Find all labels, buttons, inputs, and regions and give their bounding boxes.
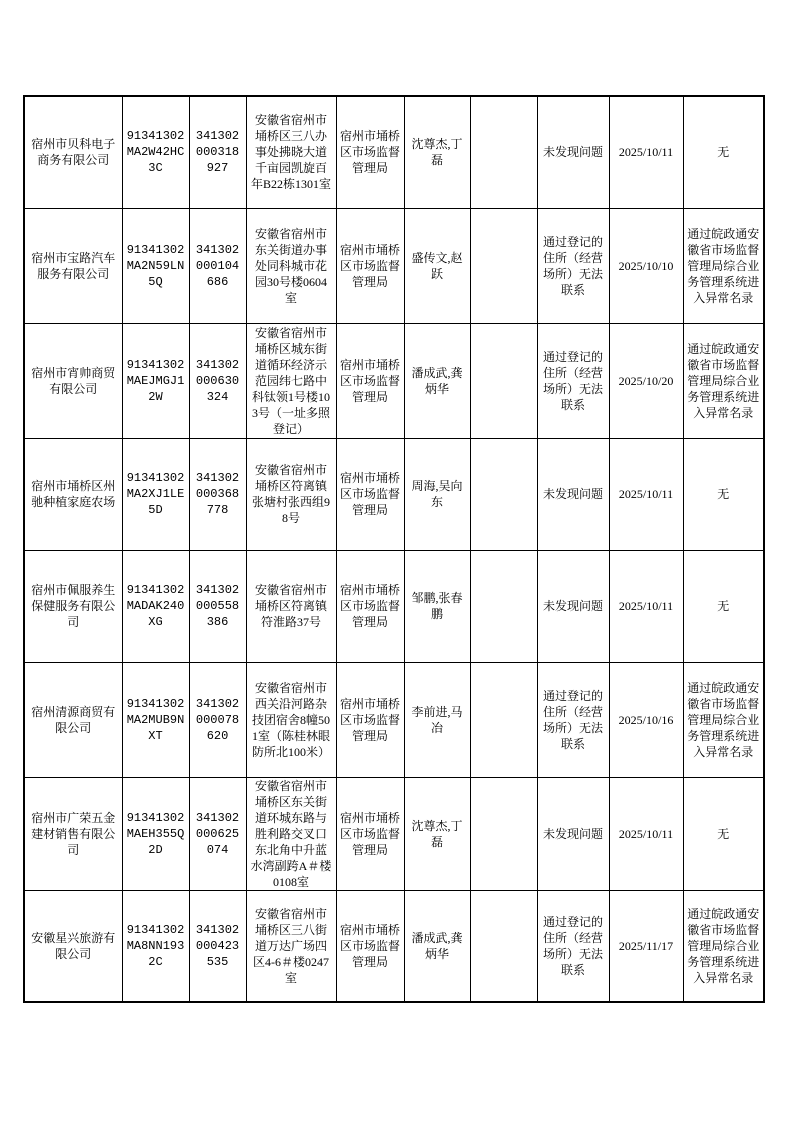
cell-authority: 宿州市埇桥区市场监督管理局 — [336, 890, 404, 1002]
cell-remark: 通过皖政通安徽省市场监督管理局综合业务管理系统进入异常名录 — [683, 662, 764, 777]
cell-result: 通过登记的住所（经营场所）无法联系 — [537, 208, 609, 323]
cell-inspectors: 潘成武,龚炳华 — [404, 323, 470, 438]
cell-result: 通过登记的住所（经营场所）无法联系 — [537, 662, 609, 777]
cell-date: 2025/10/11 — [609, 550, 683, 662]
cell-blank — [470, 208, 537, 323]
table-row: 宿州市广荣五金建材销售有限公司 91341302MAEH355Q2D 34130… — [24, 777, 764, 890]
cell-credit-code: 91341302MA2XJ1LE5D — [122, 438, 189, 550]
cell-date: 2025/10/10 — [609, 208, 683, 323]
cell-blank — [470, 438, 537, 550]
cell-authority: 宿州市埇桥区市场监督管理局 — [336, 550, 404, 662]
cell-blank — [470, 96, 537, 208]
cell-address: 安徽省宿州市埇桥区东关街道环城东路与胜利路交叉口东北角中升蓝水湾副跨A＃楼010… — [246, 777, 336, 890]
cell-inspectors: 沈尊杰,丁磊 — [404, 96, 470, 208]
table-row: 宿州市埇桥区州驰种植家庭农场 91341302MA2XJ1LE5D 341302… — [24, 438, 764, 550]
cell-blank — [470, 550, 537, 662]
cell-address: 安徽省宿州市东关街道办事处同科城市花园30号楼0604室 — [246, 208, 336, 323]
cell-inspectors: 周海,吴向东 — [404, 438, 470, 550]
cell-credit-code: 91341302MA2MUB9NXT — [122, 662, 189, 777]
cell-credit-code: 91341302MAEH355Q2D — [122, 777, 189, 890]
cell-authority: 宿州市埇桥区市场监督管理局 — [336, 323, 404, 438]
cell-company-name: 宿州市佩服养生保健服务有限公司 — [24, 550, 122, 662]
cell-company-name: 宿州市广荣五金建材销售有限公司 — [24, 777, 122, 890]
cell-remark: 无 — [683, 777, 764, 890]
cell-result: 未发现问题 — [537, 438, 609, 550]
cell-company-name: 宿州清源商贸有限公司 — [24, 662, 122, 777]
cell-authority: 宿州市埇桥区市场监督管理局 — [336, 777, 404, 890]
table-row: 宿州市佩服养生保健服务有限公司 91341302MADAK240XG 34130… — [24, 550, 764, 662]
cell-company-name: 宿州市宵帅商贸有限公司 — [24, 323, 122, 438]
cell-authority: 宿州市埇桥区市场监督管理局 — [336, 438, 404, 550]
cell-authority: 宿州市埇桥区市场监督管理局 — [336, 96, 404, 208]
table-row: 宿州市贝科电子商务有限公司 91341302MA2W42HC3C 3413020… — [24, 96, 764, 208]
cell-registration-number: 341302000558386 — [189, 550, 246, 662]
cell-inspectors: 邹鹏,张春鹏 — [404, 550, 470, 662]
cell-remark: 无 — [683, 438, 764, 550]
cell-address: 安徽省宿州市埇桥区三八街道万达广场四区4-6＃楼0247室 — [246, 890, 336, 1002]
cell-registration-number: 341302000368778 — [189, 438, 246, 550]
cell-remark: 通过皖政通安徽省市场监督管理局综合业务管理系统进入异常名录 — [683, 890, 764, 1002]
cell-credit-code: 91341302MADAK240XG — [122, 550, 189, 662]
cell-remark: 无 — [683, 96, 764, 208]
table-row: 宿州清源商贸有限公司 91341302MA2MUB9NXT 3413020000… — [24, 662, 764, 777]
table-row: 宿州市宝路汽车服务有限公司 91341302MA2N59LN5Q 3413020… — [24, 208, 764, 323]
cell-company-name: 宿州市埇桥区州驰种植家庭农场 — [24, 438, 122, 550]
cell-blank — [470, 890, 537, 1002]
cell-remark: 通过皖政通安徽省市场监督管理局综合业务管理系统进入异常名录 — [683, 208, 764, 323]
cell-blank — [470, 323, 537, 438]
cell-blank — [470, 777, 537, 890]
cell-company-name: 宿州市贝科电子商务有限公司 — [24, 96, 122, 208]
cell-result: 通过登记的住所（经营场所）无法联系 — [537, 323, 609, 438]
cell-registration-number: 341302000625074 — [189, 777, 246, 890]
table-row: 安徽星兴旅游有限公司 91341302MA8NN1932C 3413020004… — [24, 890, 764, 1002]
cell-authority: 宿州市埇桥区市场监督管理局 — [336, 662, 404, 777]
cell-date: 2025/11/17 — [609, 890, 683, 1002]
cell-date: 2025/10/11 — [609, 438, 683, 550]
cell-date: 2025/10/11 — [609, 96, 683, 208]
cell-inspectors: 李前进,马冶 — [404, 662, 470, 777]
cell-address: 安徽省宿州市埇桥区三八办事处拂晓大道千亩园凯旋百年B22栋1301室 — [246, 96, 336, 208]
cell-address: 安徽省宿州市西关沿河路杂技团宿舍8幢501室（陈桂林眼防所北100米） — [246, 662, 336, 777]
cell-date: 2025/10/16 — [609, 662, 683, 777]
cell-result: 未发现问题 — [537, 777, 609, 890]
cell-inspectors: 沈尊杰,丁磊 — [404, 777, 470, 890]
cell-date: 2025/10/20 — [609, 323, 683, 438]
cell-authority: 宿州市埇桥区市场监督管理局 — [336, 208, 404, 323]
cell-remark: 无 — [683, 550, 764, 662]
table-row: 宿州市宵帅商贸有限公司 91341302MAEJMGJ12W 341302000… — [24, 323, 764, 438]
cell-address: 安徽省宿州市埇桥区符离镇张塘村张西组98号 — [246, 438, 336, 550]
cell-credit-code: 91341302MA2W42HC3C — [122, 96, 189, 208]
cell-registration-number: 341302000630324 — [189, 323, 246, 438]
cell-registration-number: 341302000318927 — [189, 96, 246, 208]
cell-credit-code: 91341302MA8NN1932C — [122, 890, 189, 1002]
cell-inspectors: 盛传文,赵跃 — [404, 208, 470, 323]
document-page: 宿州市贝科电子商务有限公司 91341302MA2W42HC3C 3413020… — [0, 0, 793, 1122]
cell-company-name: 宿州市宝路汽车服务有限公司 — [24, 208, 122, 323]
cell-address: 安徽省宿州市埇桥区符离镇符淮路37号 — [246, 550, 336, 662]
inspection-results-table: 宿州市贝科电子商务有限公司 91341302MA2W42HC3C 3413020… — [23, 95, 765, 1003]
cell-blank — [470, 662, 537, 777]
cell-registration-number: 341302000078620 — [189, 662, 246, 777]
cell-remark: 通过皖政通安徽省市场监督管理局综合业务管理系统进入异常名录 — [683, 323, 764, 438]
cell-credit-code: 91341302MAEJMGJ12W — [122, 323, 189, 438]
cell-address: 安徽省宿州市埇桥区城东街道循环经济示范园纬七路中科钛领1号楼103号（一址多照登… — [246, 323, 336, 438]
cell-inspectors: 潘成武,龚炳华 — [404, 890, 470, 1002]
cell-result: 通过登记的住所（经营场所）无法联系 — [537, 890, 609, 1002]
cell-credit-code: 91341302MA2N59LN5Q — [122, 208, 189, 323]
cell-company-name: 安徽星兴旅游有限公司 — [24, 890, 122, 1002]
cell-result: 未发现问题 — [537, 550, 609, 662]
cell-registration-number: 341302000423535 — [189, 890, 246, 1002]
cell-date: 2025/10/11 — [609, 777, 683, 890]
cell-result: 未发现问题 — [537, 96, 609, 208]
cell-registration-number: 341302000104686 — [189, 208, 246, 323]
